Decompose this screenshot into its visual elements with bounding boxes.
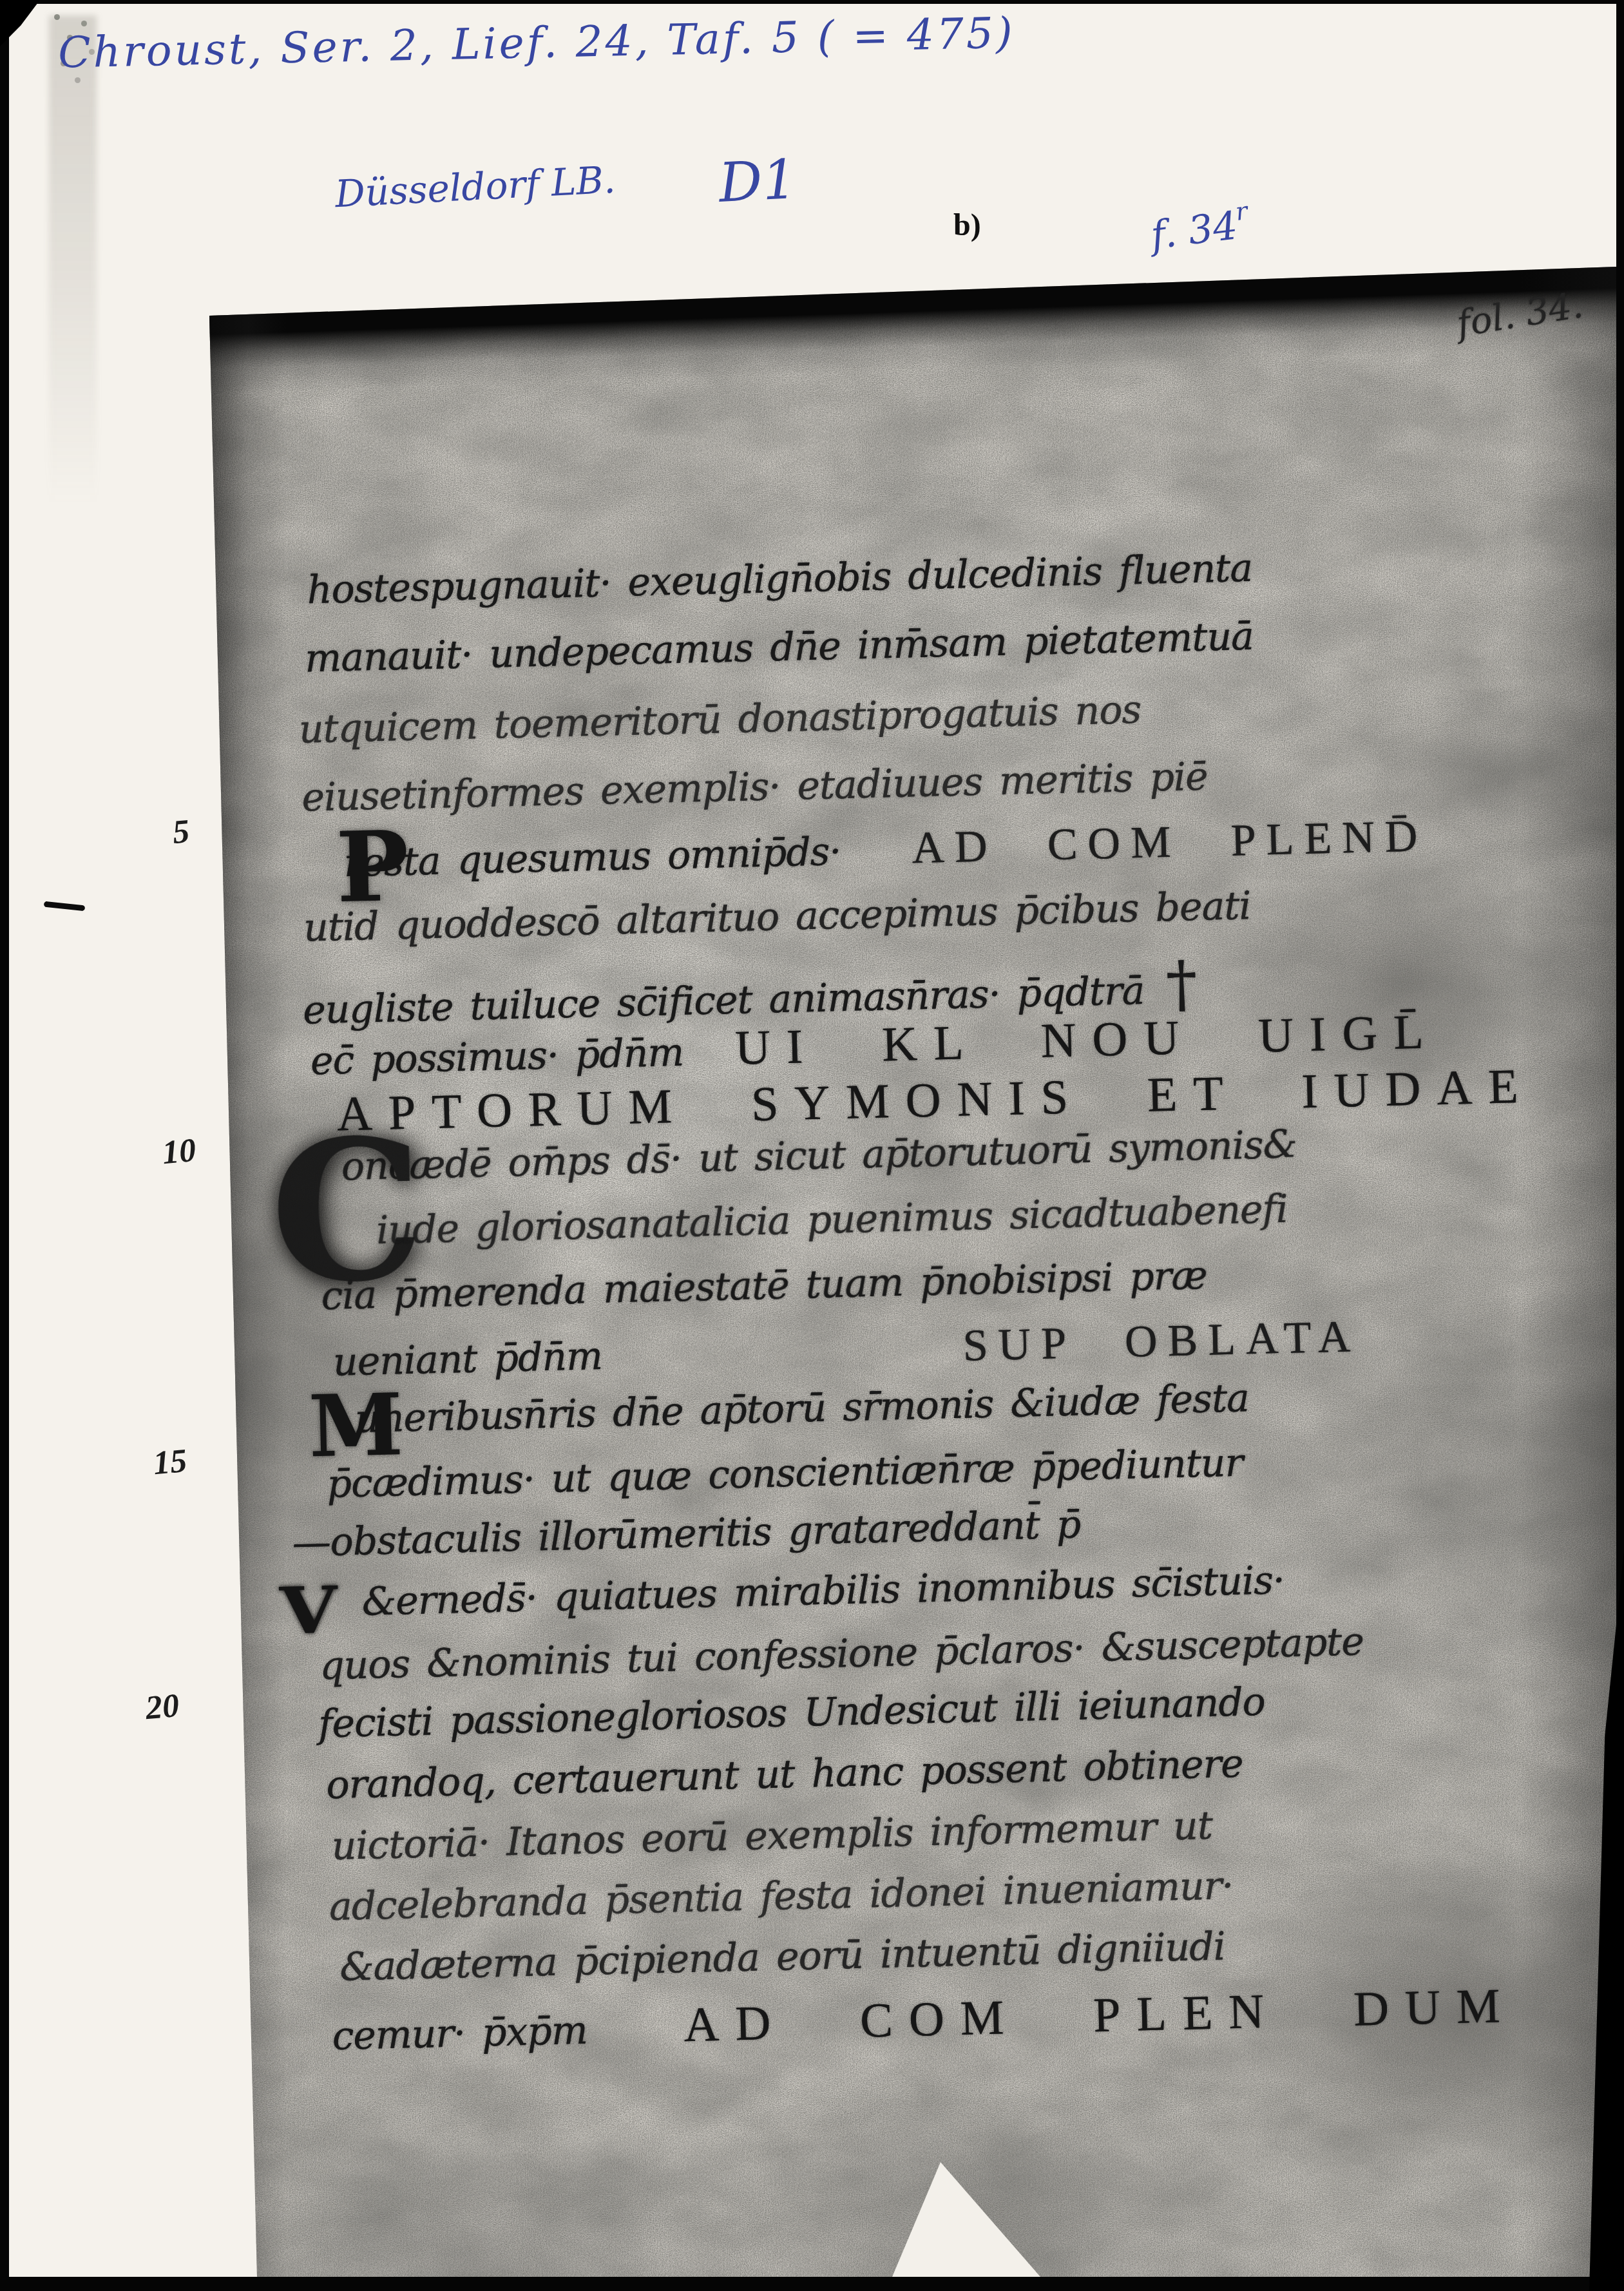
- manuscript-text-segment: resta quesumus omnip̄ds·: [343, 829, 841, 886]
- manuscript-line: eiusetinformes exemplis· etadiuues merit…: [301, 754, 1208, 820]
- manuscript-text-segment: quos &nominis tui confessione p̄claros· …: [319, 1619, 1364, 1689]
- toner-streak: [49, 15, 97, 505]
- manuscript-text-segment: manauit· undepecamus dn̄e inm̄sam pietat…: [304, 614, 1254, 682]
- manuscript-line: utid quoddescō altarituo accepimus p̄cib…: [303, 883, 1251, 951]
- manuscript-line: quos &nominis tui confessione p̄claros· …: [319, 1619, 1364, 1689]
- initial-letter: V: [279, 1578, 337, 1644]
- manuscript-line: V&erneds̄· quiatues mirabilis inomnibus …: [361, 1558, 1285, 1625]
- photocopy-scan: fol. 34. Chroust, Ser. 2, Lief. 24, Taf.…: [0, 0, 1624, 2291]
- manuscript-line: adcelebranda p̄sentia festa idonei inuen…: [329, 1863, 1234, 1930]
- shelfmark-annotation: D1: [718, 148, 799, 215]
- manuscript-text-segment: cia p̄merenda maiestatē tuam p̄nobisipsi…: [321, 1253, 1208, 1319]
- margin-line-number: 15: [152, 1442, 189, 1482]
- manuscript-text-segment: utquicem toemeritorū donastiprogatuis no…: [298, 687, 1142, 752]
- manuscript-line: Presta quesumus omnip̄ds·AD COM PLEND̄: [343, 810, 1428, 888]
- manuscript-text-segment: &adæterna p̄cipienda eorū intuentū digni…: [339, 1924, 1225, 1989]
- manuscript-line: uictoriā· Itanos eorū exemplis informemu…: [331, 1803, 1213, 1869]
- initial-letter: P: [335, 818, 409, 917]
- manuscript-line: fecisti passionegloriosos Undesicut illi…: [318, 1680, 1265, 1747]
- manuscript-line: Muneribusn̄ris dn̄e ap̄torū sr̄monis &iu…: [354, 1376, 1249, 1442]
- manuscript-text-segment: fecisti passionegloriosos Undesicut illi…: [318, 1680, 1265, 1747]
- plate-item-label: b): [953, 207, 981, 243]
- manuscript-line: utquicem toemeritorū donastiprogatuis no…: [298, 687, 1142, 752]
- manuscript-text-segment: orandoq, certauerunt ut hanc possent obt…: [326, 1741, 1244, 1808]
- rubric-segment: SUP OBLATA: [962, 1312, 1361, 1371]
- manuscript-line: cia p̄merenda maiestatē tuam p̄nobisipsi…: [321, 1253, 1208, 1319]
- manuscript-line: &adæterna p̄cipienda eorū intuentū digni…: [339, 1924, 1225, 1989]
- corner-speckles: [54, 14, 60, 20]
- margin-line-number: 20: [144, 1687, 181, 1727]
- manuscript-text-segment: p̄cædimus· ut quæ conscientiæn̄ræ p̄pedi…: [327, 1440, 1243, 1506]
- manuscript-text-segment: uictoriā· Itanos eorū exemplis informemu…: [331, 1803, 1213, 1869]
- manuscript-text-segment: cemur· p̄xp̄m: [332, 2008, 588, 2059]
- manuscript-text-segment: ec̄ possimus· p̄dn̄m: [310, 1030, 684, 1084]
- manuscript-line: orandoq, certauerunt ut hanc possent obt…: [326, 1741, 1244, 1808]
- rubric-segment: AD COM PLEN DUM: [683, 1979, 1516, 2052]
- manuscript-line: —obstaculis illorūmeritis gratareddant̄ …: [292, 1502, 1081, 1566]
- manuscript-text-segment: uneribusn̄ris dn̄e ap̄torū sr̄monis &iud…: [354, 1376, 1249, 1442]
- manuscript-text-segment: eiusetinformes exemplis· etadiuues merit…: [301, 754, 1208, 820]
- margin-line-number: 5: [171, 812, 191, 852]
- manuscript-text-segment: utid quoddescō altarituo accepimus p̄cib…: [303, 883, 1251, 951]
- rubric-segment: AD COM PLEND̄: [911, 811, 1428, 873]
- manuscript-line: cemur· p̄xp̄mAD COM PLEN DUM: [332, 1978, 1517, 2062]
- manuscript-line: ueniant p̄dn̄mSUP OBLATA: [332, 1311, 1361, 1387]
- manuscript-text-block: hostespugnauit· exeuglign̄obis dulcedini…: [289, 539, 1549, 2127]
- manuscript-text-segment: &erneds̄· quiatues mirabilis inomnibus s…: [361, 1558, 1285, 1625]
- margin-line-number: 10: [161, 1131, 198, 1172]
- initial-letter: M: [308, 1383, 403, 1470]
- manuscript-line: manauit· undepecamus dn̄e inm̄sam pietat…: [304, 614, 1254, 682]
- manuscript-text-segment: —obstaculis illorūmeritis gratareddant̄ …: [292, 1502, 1081, 1566]
- manuscript-text-segment: iude gloriosanatalicia puenimus sicadtua…: [376, 1187, 1288, 1253]
- manuscript-line: p̄cædimus· ut quæ conscientiæn̄ræ p̄pedi…: [327, 1440, 1243, 1506]
- manuscript-text-segment: adcelebranda p̄sentia festa idonei inuen…: [329, 1863, 1234, 1930]
- manuscript-line: iude gloriosanatalicia puenimus sicadtua…: [376, 1187, 1288, 1253]
